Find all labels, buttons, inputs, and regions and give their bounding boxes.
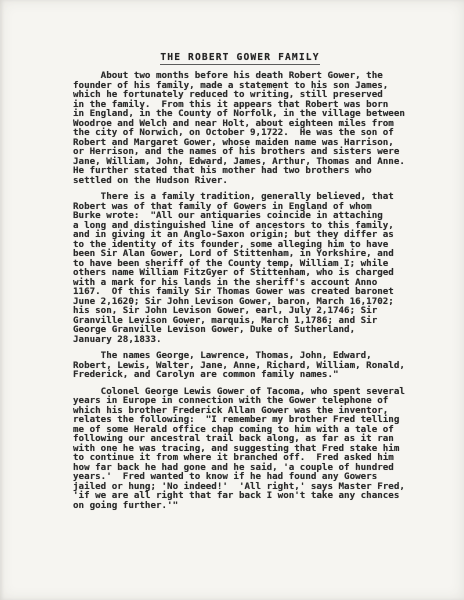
document-title: THE ROBERT GOWER FAMILY [160,52,319,65]
document-body: About two months before his death Robert… [73,71,433,517]
document-page: THE ROBERT GOWER FAMILY About two months… [0,0,464,600]
paragraph-1: About two months before his death Robert… [73,71,433,185]
paragraph-2: There is a family tradition, generally b… [73,192,433,344]
title-row: THE ROBERT GOWER FAMILY [73,45,407,65]
paragraph-3: The names George, Lawrence, Thomas, John… [73,351,433,380]
paragraph-4: Colonel George Lewis Gower of Tacoma, wh… [73,387,433,511]
